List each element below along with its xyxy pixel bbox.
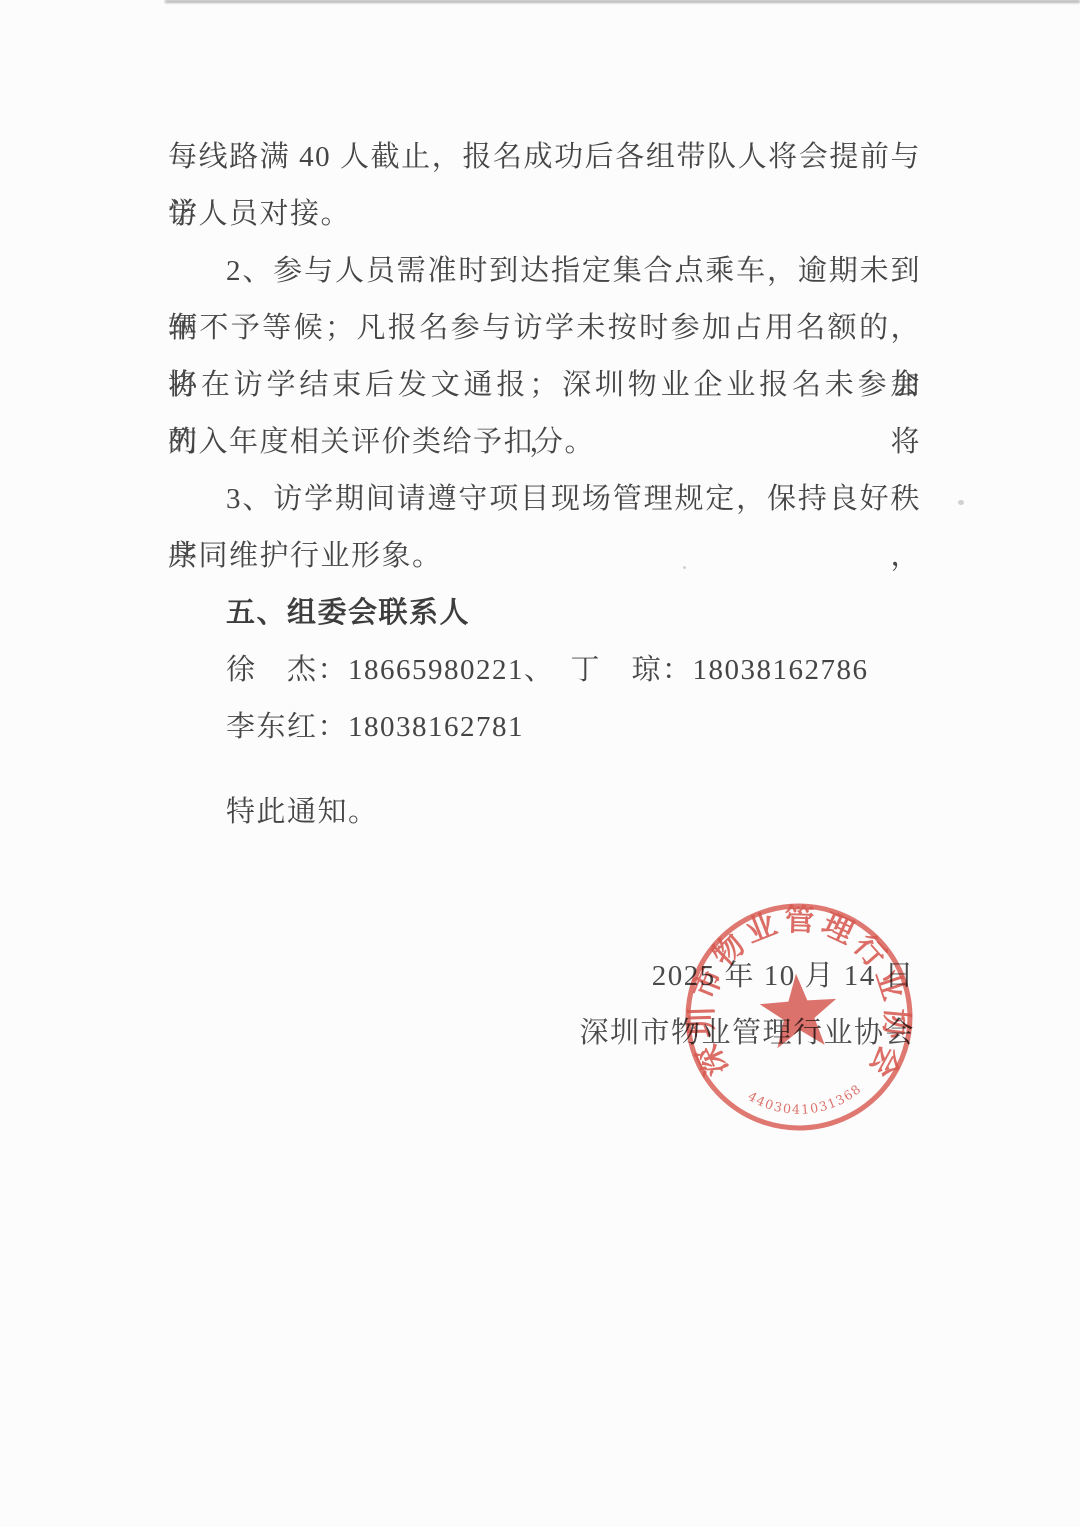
closing-line: 特此通知。 bbox=[168, 784, 921, 841]
scan-speck bbox=[958, 500, 964, 505]
body-line: 每线路满 40 人截止，报名成功后各组带队人将会提前与访 bbox=[168, 129, 921, 186]
scan-edge-artifact bbox=[165, 0, 1080, 3]
body-line: 3、访学期间请遵守项目现场管理规定，保持良好秩序， bbox=[168, 471, 921, 528]
body-line: 2、参与人员需准时到达指定集合点乘车，逾期未到车 bbox=[168, 243, 921, 300]
notice-body: 每线路满 40 人截止，报名成功后各组带队人将会提前与访 学人员对接。 2、参与… bbox=[168, 129, 921, 841]
contact-line: 李东红：18038162781 bbox=[168, 699, 921, 756]
star-icon bbox=[758, 971, 840, 1049]
body-line: 辆不予等候；凡报名参与访学未按时参加占用名额的，协会 bbox=[168, 300, 921, 357]
section-heading: 五、组委会联系人 bbox=[168, 585, 921, 642]
notice-page: 每线路满 40 人截止，报名成功后各组带队人将会提前与访 学人员对接。 2、参与… bbox=[0, 0, 1080, 1527]
contact-line: 徐 杰：18665980221、 丁 琼：18038162786 bbox=[168, 642, 921, 699]
official-seal: 深圳市物业管理行业协会 4403041031368 bbox=[675, 893, 923, 1141]
body-line: 将在访学结束后发文通报；深圳物业企业报名未参加的，将 bbox=[168, 357, 921, 414]
seal-graphic: 深圳市物业管理行业协会 4403041031368 bbox=[675, 893, 923, 1141]
body-line: 学人员对接。 bbox=[168, 186, 921, 243]
